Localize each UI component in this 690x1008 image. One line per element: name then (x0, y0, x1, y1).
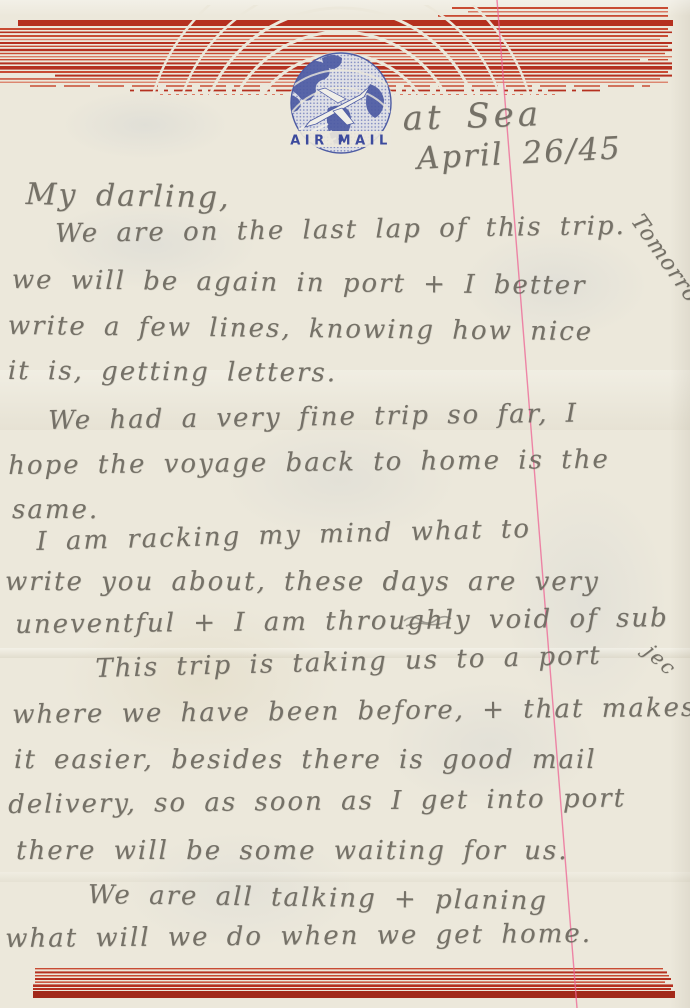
handwriting-line: We are on the last lap of this trip. (55, 212, 626, 250)
handwriting-line: write a few lines, knowing how nice (8, 312, 594, 348)
handwriting-line: delivery, so as soon as I get into port (8, 785, 626, 821)
handwriting-line: where we have been before, + that makes (12, 694, 690, 731)
handwriting-marginal-tomorrow: Tomorrow (625, 210, 690, 324)
handwriting-line: write you about, these days are very (5, 568, 600, 598)
handwriting-line: what will we do when we get home. (5, 920, 592, 955)
handwriting-line: uneventful + I am throughly void of sub (15, 604, 669, 641)
salutation: My darling, (25, 178, 230, 216)
handwriting-line: it is, getting letters. (8, 357, 337, 389)
letter-page: AIR MAIL at Sea April 26/45 My darling, … (0, 0, 690, 1008)
handwriting-line: We had a very fine trip so far, I (48, 400, 578, 437)
handwriting-line: same. (12, 496, 99, 526)
handwriting-line: I am racking my mind what to (36, 515, 531, 558)
handwriting-line: we will be again in port + I better (12, 266, 587, 302)
bottom-stripes (0, 960, 690, 1008)
handwriting-line: hope the voyage back to home is the (8, 446, 610, 482)
handwriting-marginal-overflow: jec (640, 640, 682, 681)
handwriting-line: We are all talking + planing (88, 881, 549, 917)
handwriting-line: it easier, besides there is good mail (14, 746, 597, 776)
handwriting-line: This trip is taking us to a port (95, 642, 602, 685)
handwriting-line: there will be some waiting for us. (16, 837, 569, 867)
handwritten-place: at Sea (402, 95, 543, 139)
